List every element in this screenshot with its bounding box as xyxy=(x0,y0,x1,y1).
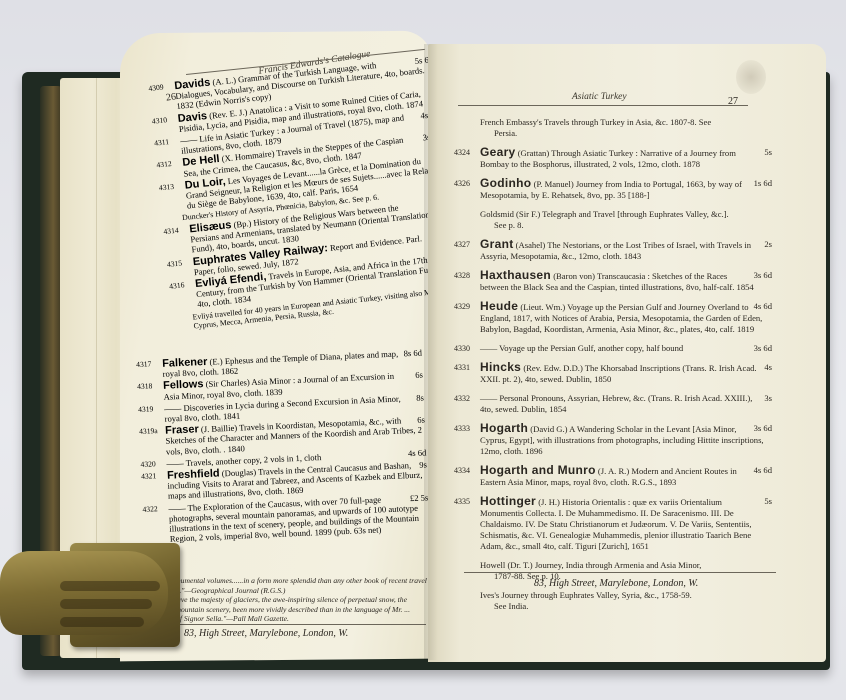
entry-author: Haxthausen xyxy=(480,268,551,282)
entry-number: 4312 xyxy=(156,159,172,171)
entry-number: 4327 xyxy=(454,239,470,250)
entry-number: 4335 xyxy=(454,496,470,507)
entry-description: (Lieut. Wm.) Voyage up the Persian Gulf … xyxy=(480,302,762,334)
cross-reference-target: Persia. xyxy=(480,128,772,139)
entry-number: 4333 xyxy=(454,423,470,434)
catalogue-entry: 3s4332—— Personal Pronouns, Assyrian, He… xyxy=(454,393,772,415)
right-footer-rule xyxy=(464,572,776,573)
quote-pall-mall-gazette: "Never have the majesty of glaciers, the… xyxy=(150,595,428,624)
entry-number: 4334 xyxy=(454,465,470,476)
cross-reference: Goldsmid (Sir F.) Telegraph and Travel [… xyxy=(454,209,772,231)
entry-number: 4313 xyxy=(158,182,174,194)
entry-author: Geary xyxy=(480,145,516,159)
right-header-rule xyxy=(458,105,748,106)
catalogue-entry: 1s 6d4326Godinho (P. Manuel) Journey fro… xyxy=(454,178,772,201)
entry-author: Hottinger xyxy=(480,494,536,508)
entry-number: 4317 xyxy=(136,359,152,370)
entry-number: 4328 xyxy=(454,270,470,281)
entry-author: Godinho xyxy=(480,176,531,190)
quote-geographical-journal: "Two monumental volumes......in a form m… xyxy=(150,576,428,595)
entry-price: 3s 6d xyxy=(754,423,772,434)
entry-number: 4331 xyxy=(454,362,470,373)
entry-description: (Grattan) Through Asiatic Turkey : Narra… xyxy=(480,148,736,169)
catalogue-entry: 5s4335Hottinger (J. H.) Historia Orienta… xyxy=(454,496,772,552)
cross-reference-target: See India. xyxy=(480,601,772,612)
entry-description: —— The Exploration of the Caucasus, with… xyxy=(168,494,419,544)
entry-number: 4321 xyxy=(141,471,157,482)
right-page-footer: 83, High Street, Marylebone, London, W. xyxy=(534,578,698,589)
entry-number: 4329 xyxy=(454,301,470,312)
catalogue-entry: 3s 6d4330—— Voyage up the Persian Gulf, … xyxy=(454,343,772,354)
entry-price: 3s 6d xyxy=(754,343,772,354)
left-page-footer: 83, High Street, Marylebone, London, W. xyxy=(184,628,348,639)
entry-number: 4330 xyxy=(454,343,470,354)
paper-stain xyxy=(736,60,766,94)
entry-description: —— Voyage up the Persian Gulf, another c… xyxy=(480,343,683,353)
entry-author: Heude xyxy=(480,299,518,313)
entry-number: 4324 xyxy=(454,147,470,158)
entry-price: 8s 6d xyxy=(403,348,422,359)
entry-number: 4309 xyxy=(148,82,164,94)
left-footer-rule xyxy=(176,624,426,625)
catalogue-entry: 3s 6d4333Hogarth (David G.) A Wandering … xyxy=(454,423,772,457)
entry-author: Grant xyxy=(480,237,514,251)
entry-number: 4322 xyxy=(142,504,158,515)
entry-author: Hogarth and Munro xyxy=(480,463,596,477)
entry-price: 4s xyxy=(764,362,772,373)
finger-groove xyxy=(60,581,160,591)
finger-groove xyxy=(60,599,152,609)
entry-number: 4314 xyxy=(163,226,179,238)
finger-groove xyxy=(60,617,144,627)
catalogue-entry: 2s4327Grant (Asahel) The Nestorians, or … xyxy=(454,239,772,262)
entry-description: (Rev. Edw. D.D.) The Khorsabad Inscripti… xyxy=(480,363,757,384)
entry-price: 5s xyxy=(764,147,772,158)
catalogue-entry: 3s 6d4328Haxthausen (Baron von) Transcau… xyxy=(454,270,772,293)
left-entries-top: 5s 6d4309Davids (A. L.) Grammar of the T… xyxy=(148,54,459,335)
entry-author: Hogarth xyxy=(480,421,528,435)
entry-number: 4319 xyxy=(138,404,154,415)
entry-number: 4316 xyxy=(169,280,185,292)
entry-author: Hincks xyxy=(480,360,521,374)
right-entries: French Embassy's Travels through Turkey … xyxy=(454,117,772,620)
entry-price: 3s 6d xyxy=(754,270,772,281)
entry-number: 4318 xyxy=(137,382,153,393)
entry-price: 1s 6d xyxy=(754,178,772,189)
entry-description: —— Personal Pronouns, Assyrian, Hebrew, … xyxy=(480,393,752,414)
entry-number: 4315 xyxy=(166,258,182,270)
right-page-header: Asiatic Turkey xyxy=(572,92,627,102)
entry-number: 4311 xyxy=(154,137,170,149)
entry-number: 4320 xyxy=(140,459,156,470)
entry-number: 4326 xyxy=(454,178,470,189)
entry-price: 4s 6d xyxy=(754,465,772,476)
entry-price: 8s xyxy=(416,392,424,403)
entry-price: 2s xyxy=(764,239,772,250)
entry-number: 4310 xyxy=(151,115,167,127)
cross-reference-text: Howell (Dr. T.) Journey, India through A… xyxy=(480,560,701,570)
entry-price: 5s xyxy=(764,496,772,507)
cross-reference: Ives's Journey through Euphrates Valley,… xyxy=(454,590,772,612)
entry-number: 4332 xyxy=(454,393,470,404)
cross-reference-text: French Embassy's Travels through Turkey … xyxy=(480,117,711,127)
entry-price: 3s xyxy=(764,393,772,404)
review-quotes: "Two monumental volumes......in a form m… xyxy=(150,576,428,624)
catalogue-entry: 4s 6d4329Heude (Lieut. Wm.) Voyage up th… xyxy=(454,301,772,335)
entry-price: 4s 6d xyxy=(754,301,772,312)
left-entries-bottom: 8s 6d4317Falkener (E.) Ephesus and the T… xyxy=(136,348,430,548)
entry-description: (Asahel) The Nestorians, or the Lost Tri… xyxy=(480,240,751,261)
entry-price: 6s xyxy=(415,370,423,381)
cross-reference-text: Goldsmid (Sir F.) Telegraph and Travel [… xyxy=(480,209,729,219)
catalogue-entry: 4s4331Hincks (Rev. Edw. D.D.) The Khorsa… xyxy=(454,362,772,385)
cross-reference-text: Ives's Journey through Euphrates Valley,… xyxy=(480,590,692,600)
page-gutter-shadow xyxy=(424,44,438,660)
brass-hand-page-clip xyxy=(0,541,182,649)
catalogue-entry: 5s4324Geary (Grattan) Through Asiatic Tu… xyxy=(454,147,772,170)
cross-reference: French Embassy's Travels through Turkey … xyxy=(454,117,772,139)
entry-number: 4319a xyxy=(139,426,158,437)
cross-reference-target: See p. 8. xyxy=(480,220,772,231)
catalogue-entry: 4s 6d4334Hogarth and Munro (J. A. R.) Mo… xyxy=(454,465,772,488)
